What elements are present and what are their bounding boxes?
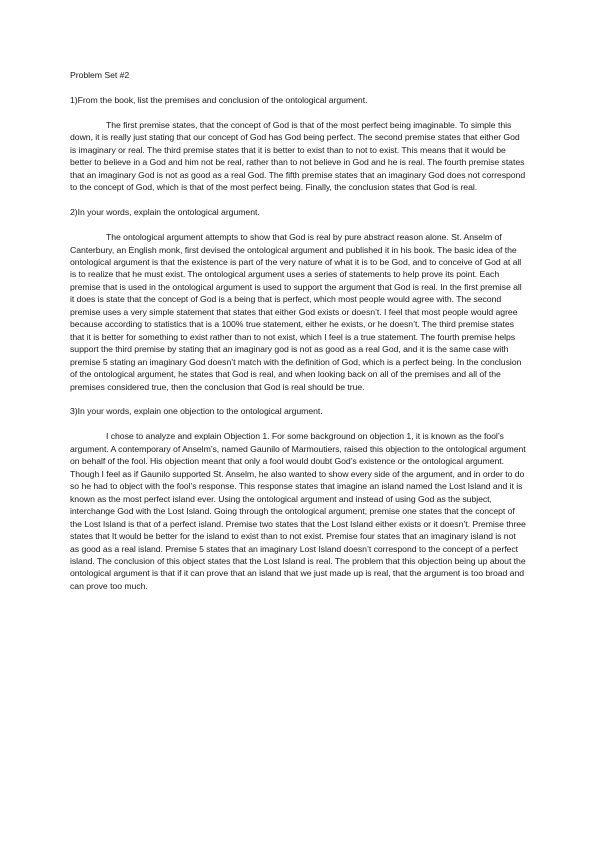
question-3: 3)In your words, explain one objection t…: [70, 405, 526, 417]
question-2: 2)In your words, explain the ontological…: [70, 206, 526, 218]
answer-3: I chose to analyze and explain Objection…: [70, 430, 526, 592]
document-title: Problem Set #2: [70, 69, 526, 81]
answer-2: The ontological argument attempts to sho…: [70, 231, 526, 393]
answer-1: The first premise states, that the conce…: [70, 119, 526, 194]
question-1: 1)From the book, list the premises and c…: [70, 94, 526, 106]
document-page: Problem Set #2 1)From the book, list the…: [70, 69, 526, 605]
